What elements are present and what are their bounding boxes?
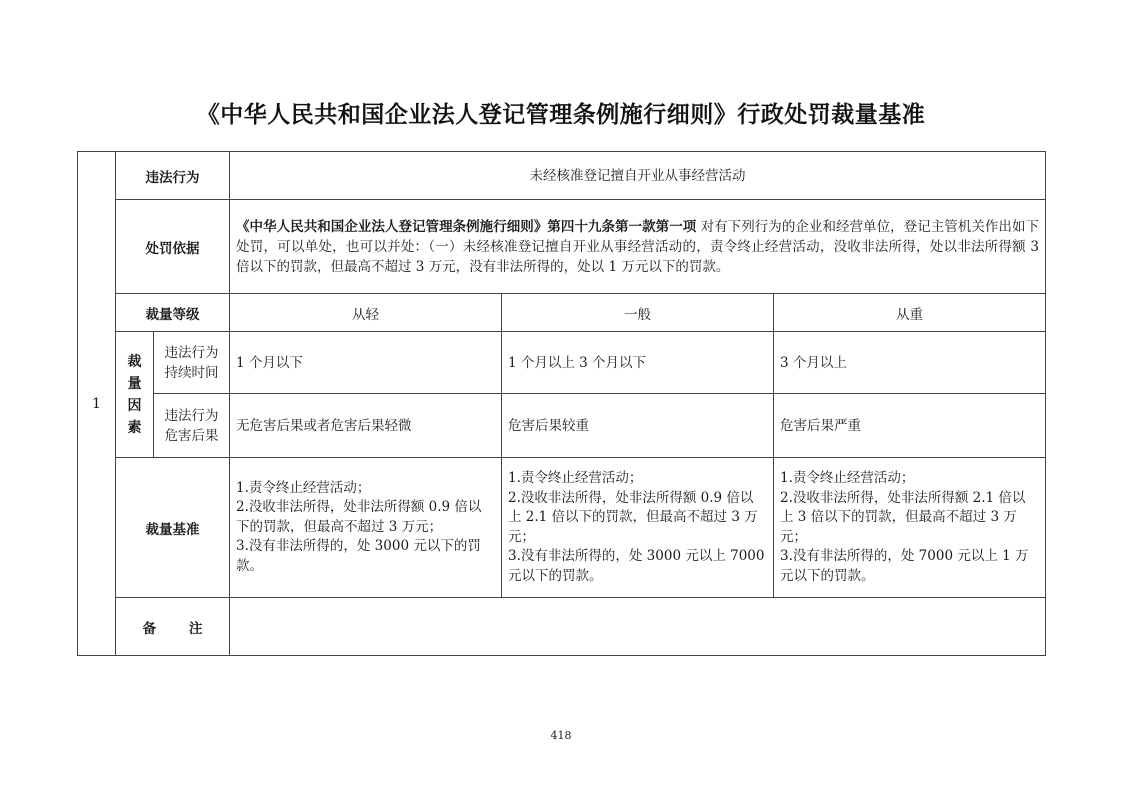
standard-line: 3.没有非法所得的，处 3000 元以上 7000 (508, 547, 767, 567)
remarks-label: 备 注 (116, 598, 230, 656)
factors-label: 裁 量 因 素 (116, 332, 154, 458)
standard-normal: 1.责令终止经营活动； 2.没收非法所得，处非法所得额 0.9 倍以 上 2.1… (502, 458, 774, 598)
level-light: 从轻 (230, 294, 502, 332)
standard-line: 上 2.1 倍以下的罚款，但最高不超过 3 万 (508, 508, 767, 528)
harm-label-line: 违法行为 (154, 406, 229, 426)
standard-line: 元； (508, 528, 767, 548)
standard-line: 2.没收非法所得，处非法所得额 0.9 倍以 (508, 489, 767, 509)
standard-line: 元以下的罚款。 (780, 567, 1039, 587)
violation-label: 违法行为 (116, 152, 230, 200)
standard-line: 1.责令终止经营活动； (780, 469, 1039, 489)
standard-line: 元以下的罚款。 (508, 567, 767, 587)
standard-heavy: 1.责令终止经营活动； 2.没收非法所得，处非法所得额 2.1 倍以 上 3 倍… (774, 458, 1046, 598)
standard-line: 下的罚款，但最高不超过 3 万元； (236, 518, 495, 538)
factors-label-char: 因 (116, 395, 153, 417)
standard-line: 2.没收非法所得，处非法所得额 2.1 倍以 (780, 489, 1039, 509)
duration-normal: 1 个月以上 3 个月以下 (502, 332, 774, 394)
standard-line: 3.没有非法所得的，处 7000 元以上 1 万 (780, 547, 1039, 567)
standard-light: 1.责令终止经营活动； 2.没收非法所得，处非法所得额 0.9 倍以 下的罚款，… (230, 458, 502, 598)
standard-line: 1.责令终止经营活动； (236, 479, 495, 499)
factors-label-char: 量 (116, 373, 153, 395)
basis-label: 处罚依据 (116, 200, 230, 294)
standard-line: 3.没有非法所得的，处 3000 元以下的罚 (236, 537, 495, 557)
harm-label-line: 危害后果 (154, 426, 229, 446)
duration-heavy: 3 个月以上 (774, 332, 1046, 394)
standard-label: 裁量基准 (116, 458, 230, 598)
harm-label: 违法行为 危害后果 (154, 394, 230, 458)
harm-normal: 危害后果较重 (502, 394, 774, 458)
duration-label-line: 持续时间 (154, 363, 229, 383)
standard-line: 上 3 倍以下的罚款，但最高不超过 3 万元； (780, 508, 1039, 547)
duration-label-line: 违法行为 (154, 343, 229, 363)
levels-row: 裁量等级 从轻 一般 从重 (78, 294, 1046, 332)
duration-row: 裁 量 因 素 违法行为 持续时间 1 个月以下 1 个月以上 3 个月以下 3… (78, 332, 1046, 394)
violation-value: 未经核准登记擅自开业从事经营活动 (230, 152, 1046, 200)
sequence-number: 1 (78, 152, 116, 656)
standard-row: 裁量基准 1.责令终止经营活动； 2.没收非法所得，处非法所得额 0.9 倍以 … (78, 458, 1046, 598)
levels-label: 裁量等级 (116, 294, 230, 332)
standard-line: 1.责令终止经营活动； (508, 469, 767, 489)
violation-row: 1 违法行为 未经核准登记擅自开业从事经营活动 (78, 152, 1046, 200)
level-heavy: 从重 (774, 294, 1046, 332)
penalty-discretion-table: 1 违法行为 未经核准登记擅自开业从事经营活动 处罚依据 《中华人民共和国企业法… (77, 151, 1046, 656)
page-title: 《中华人民共和国企业法人登记管理条例施行细则》行政处罚裁量基准 (0, 96, 1122, 129)
basis-legal-reference: 《中华人民共和国企业法人登记管理条例施行细则》第四十九条第一款第一项 (236, 219, 696, 235)
harm-light: 无危害后果或者危害后果轻微 (230, 394, 502, 458)
duration-label: 违法行为 持续时间 (154, 332, 230, 394)
factors-label-char: 裁 (116, 351, 153, 373)
duration-light: 1 个月以下 (230, 332, 502, 394)
basis-row: 处罚依据 《中华人民共和国企业法人登记管理条例施行细则》第四十九条第一款第一项 … (78, 200, 1046, 294)
basis-value: 《中华人民共和国企业法人登记管理条例施行细则》第四十九条第一款第一项 对有下列行… (230, 200, 1046, 294)
standard-line: 2.没收非法所得，处非法所得额 0.9 倍以 (236, 498, 495, 518)
standard-line: 款。 (236, 557, 495, 577)
level-normal: 一般 (502, 294, 774, 332)
factors-label-char: 素 (116, 417, 153, 439)
remarks-value (230, 598, 1046, 656)
page-number: 418 (0, 729, 1122, 742)
harm-heavy: 危害后果严重 (774, 394, 1046, 458)
remarks-row: 备 注 (78, 598, 1046, 656)
harm-row: 违法行为 危害后果 无危害后果或者危害后果轻微 危害后果较重 危害后果严重 (78, 394, 1046, 458)
